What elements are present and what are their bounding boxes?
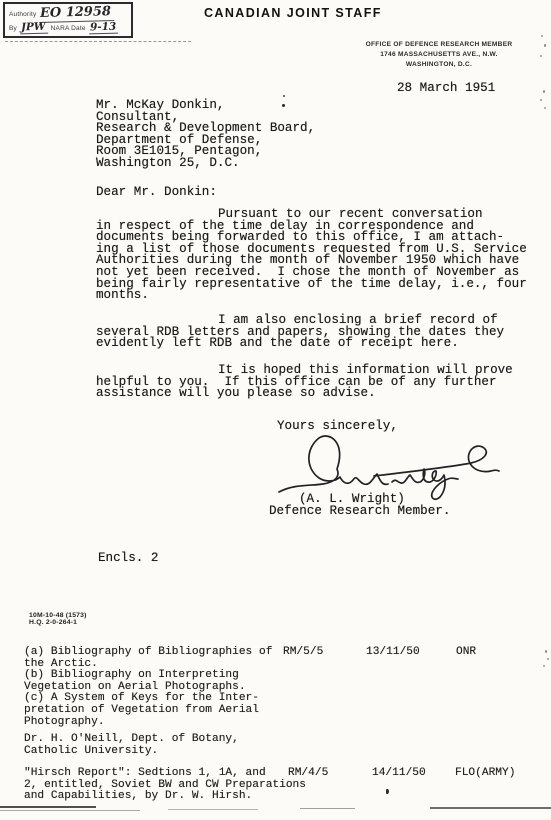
salutation: Dear Mr. Donkin: bbox=[96, 187, 217, 199]
scan-artifact bbox=[543, 90, 545, 93]
attachment-description-line: pretation of Vegetation from Aerial bbox=[24, 705, 272, 717]
letter-date: 28 March 1951 bbox=[397, 83, 495, 95]
attachment-row-2-description: "Hirsch Report": Sedtions 1, 1A, and 2, … bbox=[24, 768, 306, 803]
scan-artifact bbox=[386, 789, 389, 794]
paragraph-line: being fairly representative of the time … bbox=[96, 279, 527, 291]
scan-artifact bbox=[541, 35, 543, 37]
attachment-contact-line: Dr. H. O'Neill, Dept. of Botany, bbox=[24, 734, 239, 746]
paragraph-line: assistance will you please so advise. bbox=[96, 388, 513, 400]
attachment-reference: RM/5/5 bbox=[283, 647, 323, 659]
attachment-description-line: (a) Bibliography of Bibliographies of bbox=[24, 647, 272, 659]
fold-line bbox=[0, 806, 96, 808]
office-address-line: WASHINGTON, D.C. bbox=[348, 60, 530, 70]
attachment-row-1-contact: Dr. H. O'Neill, Dept. of Botany, Catholi… bbox=[24, 734, 239, 757]
signer-title: Defence Research Member. bbox=[269, 506, 450, 518]
attachment-date: 14/11/50 bbox=[372, 768, 426, 780]
enclosures-note: Encls. 2 bbox=[98, 553, 158, 565]
recipient-line: Washington 25, D.C. bbox=[96, 158, 315, 170]
attachment-description-line: Photography. bbox=[24, 717, 272, 729]
document-page: Authority EO 12958 By JPW NARA Date 9-13… bbox=[0, 0, 551, 820]
declassification-stamp: Authority EO 12958 By JPW NARA Date 9-13 bbox=[3, 2, 133, 38]
stamp-nara-date-value: 9-13 bbox=[89, 21, 119, 35]
fold-line bbox=[0, 810, 140, 811]
form-number-block: 10M-10-48 (1573) H.Q. 2-0-264-1 bbox=[29, 612, 87, 626]
stamp-nara-date-label: NARA Date bbox=[51, 25, 86, 32]
fold-line bbox=[430, 807, 551, 809]
paragraph-2: I am also enclosing a brief record of se… bbox=[96, 315, 504, 350]
attachment-date: 13/11/50 bbox=[366, 647, 420, 659]
scan-artifact bbox=[540, 55, 542, 57]
office-address-block: OFFICE OF DEFENCE RESEARCH MEMBER 1746 M… bbox=[348, 40, 530, 70]
stamp-authority-label: Authority bbox=[9, 11, 36, 18]
scan-artifact bbox=[540, 99, 542, 101]
attachment-agency: ONR bbox=[456, 647, 476, 659]
office-address-line: 1746 MASSACHUSETTS AVE., N.W. bbox=[348, 50, 530, 60]
attachment-description-line: "Hirsch Report": Sedtions 1, 1A, and bbox=[24, 768, 306, 780]
form-number-line: H.Q. 2-0-264-1 bbox=[29, 619, 87, 626]
paragraph-3: It is hoped this information will prove … bbox=[96, 365, 513, 400]
attachment-reference: RM/4/5 bbox=[288, 768, 328, 780]
attachment-description-line: and Capabilities, by Dr. W. Hirsh. bbox=[24, 791, 306, 803]
fold-line bbox=[168, 809, 258, 810]
scan-artifact bbox=[543, 665, 545, 667]
attachment-agency: FLO(ARMY) bbox=[455, 768, 515, 780]
fold-line bbox=[300, 808, 355, 809]
page-title: CANADIAN JOINT STAFF bbox=[204, 6, 382, 20]
office-address-line: OFFICE OF DEFENCE RESEARCH MEMBER bbox=[348, 40, 530, 50]
paragraph-line: months. bbox=[96, 290, 527, 302]
scan-artifact bbox=[547, 658, 549, 660]
stamp-by-value: JPW bbox=[20, 21, 48, 35]
recipient-address-block: Mr. McKay Donkin, Consultant, Research &… bbox=[96, 100, 315, 170]
stamp-ghost-rule bbox=[5, 41, 191, 42]
scan-artifact bbox=[282, 104, 285, 107]
stamp-by-label: By bbox=[9, 25, 17, 32]
attachment-row-1-description: (a) Bibliography of Bibliographies of th… bbox=[24, 647, 272, 728]
scan-artifact bbox=[544, 107, 546, 109]
paragraph-line: evidently left RDB and the date of recei… bbox=[96, 338, 504, 350]
paragraph-1: Pursuant to our recent conversation in r… bbox=[96, 209, 527, 302]
scan-artifact bbox=[544, 44, 546, 47]
attachment-contact-line: Catholic University. bbox=[24, 746, 239, 758]
scan-artifact bbox=[283, 95, 285, 97]
form-number-line: 10M-10-48 (1573) bbox=[29, 612, 87, 619]
scan-artifact bbox=[545, 650, 547, 653]
